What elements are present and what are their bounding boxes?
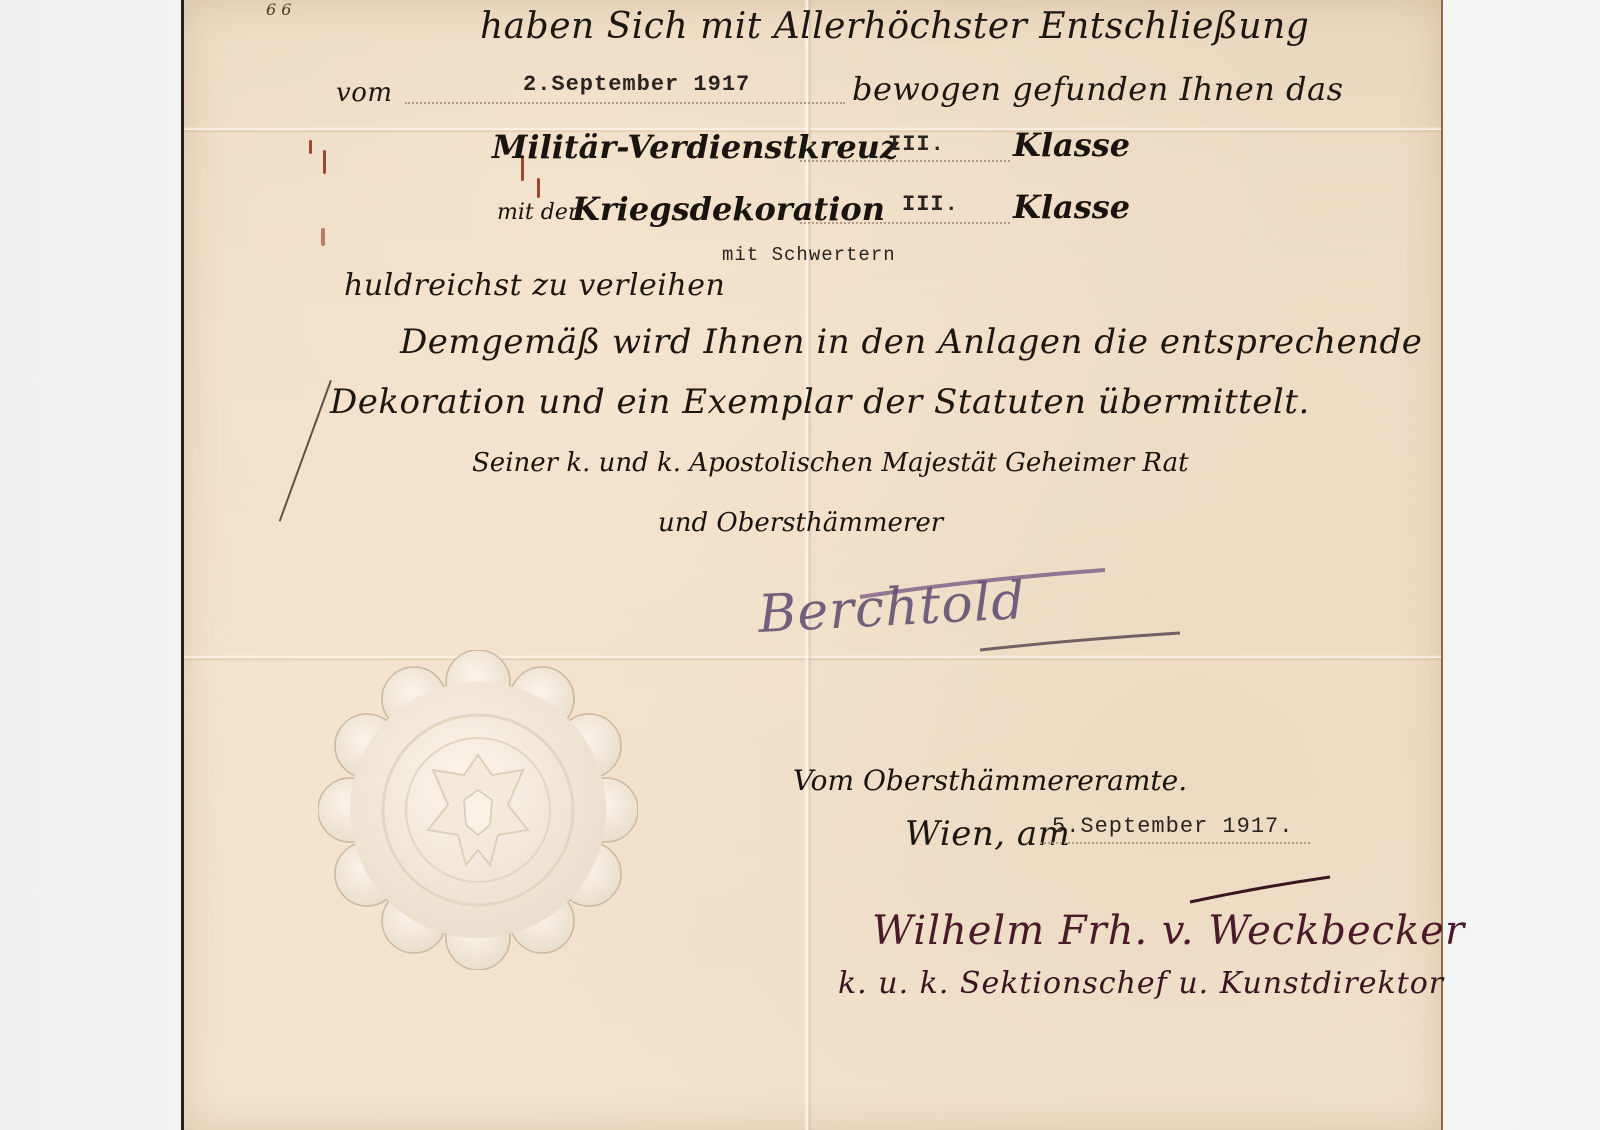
war-decoration-prefix: mit der bbox=[497, 200, 578, 225]
grant-line: huldreichst zu verleihen bbox=[344, 268, 725, 303]
ink-stain bbox=[309, 140, 312, 154]
dotted-fill-line bbox=[800, 222, 1010, 224]
war-decoration-class: III. bbox=[902, 192, 959, 217]
paragraph-line-2: Dekoration und ein Exemplar der Statuten… bbox=[330, 382, 1310, 422]
war-decoration-class-label: Klasse bbox=[1013, 188, 1130, 226]
ink-stain bbox=[537, 178, 540, 198]
decoration-class-label: Klasse bbox=[1013, 126, 1130, 164]
date-prefix: vom bbox=[336, 78, 393, 108]
award-decision-date: 2.September 1917 bbox=[523, 72, 750, 97]
issuing-office: Vom Obersthämmereramte. bbox=[793, 764, 1187, 797]
official-title-line-2: und Obersthämmerer bbox=[658, 508, 943, 538]
ink-stain bbox=[321, 228, 325, 246]
decoration-class: III. bbox=[888, 132, 945, 157]
signatory-title: k. u. k. Sektionschef u. Kunstdirektor bbox=[838, 966, 1444, 1001]
signature-weckbecker: Wilhelm Frh. v. Weckbecker bbox=[872, 908, 1465, 954]
embossed-seal bbox=[318, 650, 638, 970]
intro-line: haben Sich mit Allerhöchster Entschließu… bbox=[480, 6, 1309, 47]
signature-flourish bbox=[740, 555, 1200, 665]
swords-annotation: mit Schwertern bbox=[722, 244, 896, 266]
dotted-fill-line bbox=[800, 160, 1010, 162]
place-prefix: Wien, am bbox=[905, 814, 1070, 854]
signature-underline bbox=[1180, 872, 1340, 912]
dotted-fill-line bbox=[405, 102, 845, 104]
dotted-fill-line bbox=[1040, 842, 1310, 844]
issue-date: 5.September 1917. bbox=[1052, 814, 1293, 839]
date-suffix: bewogen gefunden Ihnen das bbox=[852, 70, 1344, 108]
corner-mark: 6 6 bbox=[266, 0, 291, 19]
ink-stain bbox=[323, 150, 326, 174]
official-title-line-1: Seiner k. und k. Apostolischen Majestät … bbox=[472, 448, 1189, 478]
paragraph-line-1: Demgemäß wird Ihnen in den Anlagen die e… bbox=[400, 322, 1422, 362]
